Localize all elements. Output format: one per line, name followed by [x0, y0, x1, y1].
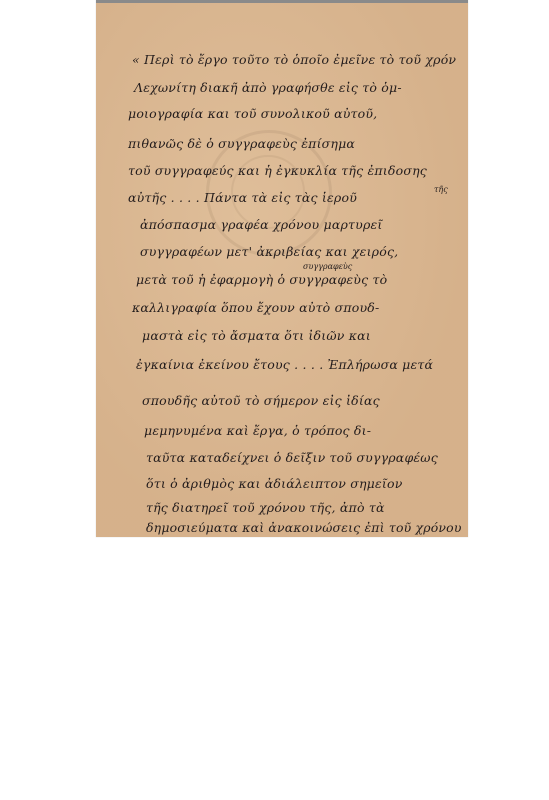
text-line-7: ἀπόσπασμα γραφέα χρόνου μαρτυρεῖ — [140, 217, 383, 232]
text-line-2: Λεχωνίτη διακῆ ἀπὸ γραφήσθε εἰς τὸ ὁμ- — [134, 80, 402, 95]
text-line-5: τοῦ συγγραφεύς και ἡ ἐγκυκλία τῆς ἐπιδοσ… — [128, 163, 427, 178]
text-line-15: ταῦτα καταδείχνει ὁ δεῖξιν τοῦ συγγραφέω… — [146, 450, 438, 465]
text-line-9: μετὰ τοῦ ἡ ἐφαρμογὴ ὁ συγγραφεὺς τὸ — [136, 272, 387, 287]
text-line-1: « Περὶ τὸ ἔργο τοῦτο τὸ ὁποῖο ἐμεῖνε τὸ … — [132, 52, 456, 67]
manuscript-page: « Περὶ τὸ ἔργο τοῦτο τὸ ὁποῖο ἐμεῖνε τὸ … — [96, 0, 468, 537]
text-line-8: συγγραφέων μετ' ἀκριβείας και χειρός, — [140, 244, 398, 259]
text-line-6: αὐτῆς . . . . Πάντα τὰ εἰς τὰς ἱεροῦ — [128, 190, 357, 205]
interlinear-note-2: συγγραφεὺς — [303, 262, 352, 271]
text-line-18: δημοσιεύματα καὶ ἀνακοινώσεις ἐπὶ τοῦ χρ… — [146, 520, 462, 535]
text-line-12: ἐγκαίνια ἐκείνου ἔτους . . . . Ἐπλήρωσα … — [136, 357, 433, 372]
text-line-16: ὅτι ὁ ἀριθμὸς και ἀδιάλειπτον σημεῖον — [146, 476, 403, 491]
text-line-3: μοιογραφία και τοῦ συνολικοῦ αὐτοῦ, — [128, 106, 377, 121]
text-line-10: καλλιγραφία ὅπου ἔχουν αὐτὸ σπουδ- — [132, 300, 379, 315]
text-line-17: τῆς διατηρεῖ τοῦ χρόνου τῆς, ἀπὸ τὰ — [146, 500, 385, 515]
text-line-4: πιθανῶς δὲ ὁ συγγραφεὺς ἐπίσημα — [128, 136, 355, 151]
text-line-11: μαστὰ εἰς τὸ ἄσματα ὅτι ἰδιῶν και — [142, 328, 371, 343]
text-line-13: σπουδῆς αὐτοῦ τὸ σήμερον εἰς ἰδίας — [142, 393, 380, 408]
interlinear-note-1: τῆς — [434, 185, 448, 194]
scan-edge — [96, 0, 468, 3]
text-line-14: μεμηνυμένα καὶ ἔργα, ὁ τρόπος δι- — [144, 423, 371, 438]
